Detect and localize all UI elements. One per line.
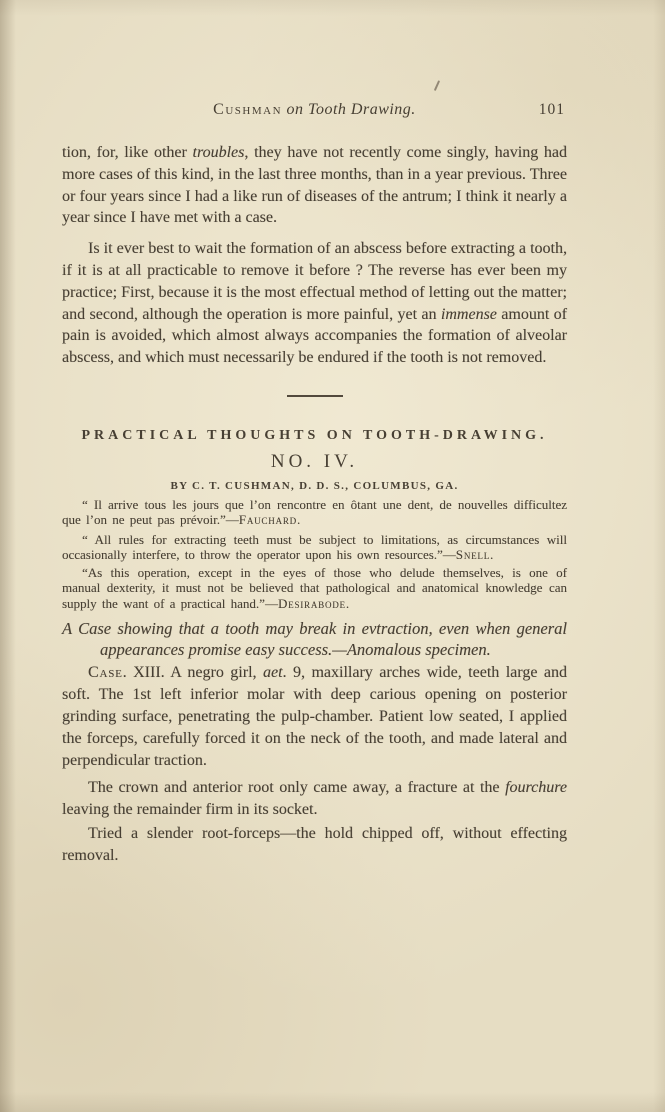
running-head-title: on Tooth Drawing. — [282, 101, 416, 118]
text-run: tion, for, like other — [62, 144, 193, 161]
running-head: Cushman on Tooth Drawing. — [62, 100, 567, 120]
text-run: troubles — [193, 144, 245, 161]
page-number: 101 — [539, 100, 565, 120]
article-byline: BY C. T. CUSHMAN, D. D. S., COLUMBUS, GA… — [62, 480, 567, 493]
text-run: leaving the remainder firm in its socket… — [62, 801, 317, 818]
scan-speck-artifact — [434, 80, 440, 91]
section-divider — [287, 395, 343, 397]
text-run: Desirabode — [278, 596, 346, 611]
paragraph-case-xiii: Case. XIII. A negro girl, aet. 9, maxill… — [62, 662, 567, 771]
paragraph-root-forceps: Tried a slender root-forceps—the hold ch… — [62, 823, 567, 867]
text-run: . XIII. A negro girl, — [123, 664, 263, 681]
text-run: . — [346, 596, 349, 611]
text-run: Case — [88, 664, 123, 681]
quote-snell: “ All rules for extracting teeth must be… — [62, 532, 567, 563]
paragraph-crown-fracture: The crown and anterior root only came aw… — [62, 777, 567, 821]
text-run: The crown and anterior root only came aw… — [88, 779, 505, 796]
article-body: tion, for, like other troubles, they hav… — [62, 142, 567, 867]
paragraph-continuation: tion, for, like other troubles, they hav… — [62, 142, 567, 229]
text-run: fourchure — [505, 779, 567, 796]
article-title: PRACTICAL THOUGHTS ON TOOTH-DRAWING. — [62, 427, 567, 444]
text-run: . — [297, 512, 300, 527]
scanned-book-page: Cushman on Tooth Drawing. 101 tion, for,… — [0, 0, 665, 1112]
quote-fauchard: “ Il arrive tous les jours que l’on renc… — [62, 497, 567, 528]
text-run: . — [490, 547, 493, 562]
text-run: Fauchard — [239, 512, 297, 527]
paragraph-abscess: Is it ever best to wait the formation of… — [62, 238, 567, 369]
text-run: A Case showing that a tooth may break in… — [62, 619, 567, 659]
text-run: aet — [263, 664, 283, 681]
running-head-author: Cushman — [213, 101, 282, 118]
case-heading: A Case showing that a tooth may break in… — [62, 619, 567, 660]
text-run: Tried a slender root-forceps—the hold ch… — [62, 825, 567, 864]
text-run: immense — [441, 306, 497, 323]
article-number: NO. IV. — [62, 452, 567, 472]
text-run: Snell — [456, 547, 490, 562]
text-run: “ Il arrive tous les jours que l’on renc… — [62, 497, 567, 528]
quote-desirabode: “As this operation, except in the eyes o… — [62, 565, 567, 612]
